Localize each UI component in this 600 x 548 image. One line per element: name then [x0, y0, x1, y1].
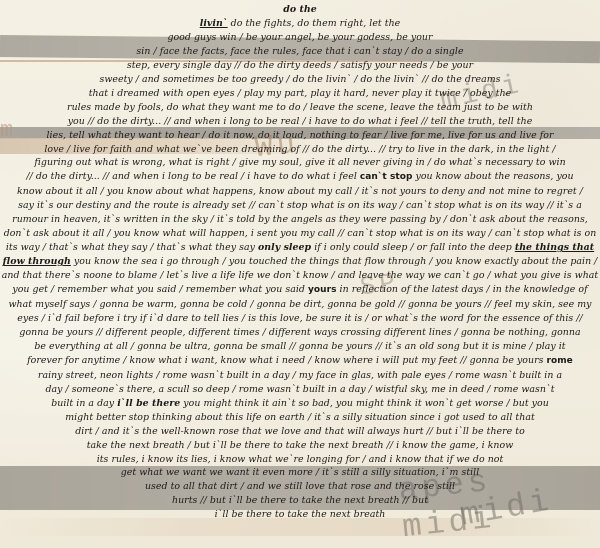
lyric-line: dirt / and it`s the well-known rose that…	[0, 425, 600, 439]
lyric-text: its way / that`s what they say / that`s …	[6, 242, 258, 253]
lyric-line: step, every single day // do the dirty d…	[0, 59, 600, 73]
lyric-line: day / someone`s there, a scull so deep /…	[0, 383, 600, 397]
lyric-text: take the next breath / but i`ll be there…	[87, 440, 514, 451]
lyric-text: good guys win / be your angel, be your g…	[167, 32, 432, 43]
lyric-text: say it`s our destiny and the route is al…	[18, 200, 582, 211]
lyric-line: might better stop thinking about this li…	[0, 411, 600, 425]
song-title-marker: do the	[283, 4, 316, 15]
lyric-text: rumour in heaven, it`s written in the sk…	[12, 214, 588, 225]
lyric-text: day / someone`s there, a scull so deep /…	[45, 384, 554, 395]
lyric-text: don`t ask about it all / you know what w…	[4, 228, 597, 239]
lyric-line: that i dreamed with open eyes / play my …	[0, 87, 600, 101]
lyric-text: know about it all / you know about what …	[17, 186, 583, 197]
lyric-text: dirt / and it`s the well-known rose that…	[75, 426, 525, 437]
lyric-text: used to all that dirt / and we still lov…	[145, 481, 455, 492]
lyric-text: rules made by fools, do what they want m…	[67, 102, 533, 113]
lyric-text: its rules, i know its lies, i know what …	[97, 454, 504, 465]
lyric-text: in reflection of the latest days / in th…	[337, 284, 588, 295]
lyric-line: love / live for faith and what we`ve bee…	[0, 143, 600, 157]
lyric-text: be everything at all / gonna be ultra, g…	[34, 341, 565, 352]
lyric-text: do the fights, do them right, let the	[228, 18, 401, 29]
lyric-line: its way / that`s what they say / that`s …	[0, 241, 600, 255]
lyric-text: might better stop thinking about this li…	[65, 412, 535, 423]
lyrics-text-block: do thelivin` do the fights, do them righ…	[0, 3, 600, 522]
lyric-line: sweety / and sometimes be too greedy / d…	[0, 73, 600, 87]
lyric-line: forever for anytime / know what i want, …	[0, 354, 600, 369]
lyric-text: sin / face the facts, face the rules, fa…	[136, 46, 463, 57]
lyric-line: what myself says / gonna be warm, gonna …	[0, 298, 600, 312]
lyric-text: step, every single day // do the dirty d…	[127, 60, 473, 71]
lyric-text: get what we want we want it even more / …	[121, 467, 480, 478]
lyric-line: eyes / i`d fail before i try if i`d dare…	[0, 312, 600, 326]
lyric-text: i`ll be there to take the next breath	[215, 509, 386, 520]
lyric-text: rainy street, neon lights / rome wasn`t …	[38, 370, 562, 381]
lyric-text: gonna be yours // different people, diff…	[19, 327, 580, 338]
lyric-text: you // do the dirty... // and when i lon…	[68, 116, 533, 127]
song-title-marker: flow through	[3, 256, 71, 267]
song-title-marker: i`ll be there	[117, 398, 180, 409]
lyric-text: you know the sea i go through / you touc…	[71, 256, 598, 267]
lyric-line: rumour in heaven, it`s written in the sk…	[0, 213, 600, 227]
lyric-text: // do the dirty... // and when i long to…	[26, 171, 359, 182]
lyric-line: say it`s our destiny and the route is al…	[0, 199, 600, 213]
lyric-line: flow through you know the sea i go throu…	[0, 255, 600, 269]
lyric-text: love / live for faith and what we`ve bee…	[44, 144, 555, 155]
lyric-line: don`t ask about it all / you know what w…	[0, 227, 600, 241]
lyric-line: do the	[0, 3, 600, 17]
lyric-line: you get / remember what you said / remem…	[0, 283, 600, 298]
lyric-line: built in a day i`ll be there you might t…	[0, 397, 600, 411]
lyric-line: lies, tell what they want to hear / do i…	[0, 129, 600, 143]
lyric-line: good guys win / be your angel, be your g…	[0, 31, 600, 45]
song-title-marker: livin`	[200, 18, 228, 29]
lyric-line: gonna be yours // different people, diff…	[0, 326, 600, 340]
lyric-text: built in a day	[51, 398, 117, 409]
lyric-text: if i only could sleep / or fall into the…	[311, 242, 515, 253]
lyric-text: what myself says / gonna be warm, gonna …	[8, 299, 591, 310]
lyric-text: lies, tell what they want to hear / do i…	[47, 130, 554, 141]
lyric-text: you know about the reasons, you	[412, 171, 573, 182]
lyric-line: rules made by fools, do what they want m…	[0, 101, 600, 115]
lyric-line: figuring out what is wrong, what is righ…	[0, 156, 600, 170]
lyric-line: know about it all / you know about what …	[0, 185, 600, 199]
lyric-line: i`ll be there to take the next breath	[0, 508, 600, 522]
song-title-marker: rome	[547, 356, 573, 366]
lyric-line: get what we want we want it even more / …	[0, 466, 600, 480]
lyric-text: hurts // but i`ll be there to take the n…	[172, 495, 428, 506]
lyric-line: be everything at all / gonna be ultra, g…	[0, 340, 600, 354]
lyric-text: you might think it ain`t so bad, you mig…	[180, 398, 549, 409]
lyric-line: hurts // but i`ll be there to take the n…	[0, 494, 600, 508]
lyric-text: you get / remember what you said / remem…	[12, 284, 308, 295]
lyric-text: figuring out what is wrong, what is righ…	[34, 157, 565, 168]
lyric-line: sin / face the facts, face the rules, fa…	[0, 45, 600, 59]
lyric-line: rainy street, neon lights / rome wasn`t …	[0, 369, 600, 383]
lyric-line: take the next breath / but i`ll be there…	[0, 439, 600, 453]
lyric-line: and that there`s noone to blame / let`s …	[0, 269, 600, 283]
song-title-marker: only sleep	[258, 242, 311, 253]
lyric-line: you // do the dirty... // and when i lon…	[0, 115, 600, 129]
lyric-text: sweety / and sometimes be too greedy / d…	[99, 74, 500, 85]
song-title-marker: can`t stop	[360, 172, 413, 182]
lyric-line: livin` do the fights, do them right, let…	[0, 17, 600, 31]
lyric-line: used to all that dirt / and we still lov…	[0, 480, 600, 494]
lyric-text: that i dreamed with open eyes / play my …	[89, 88, 512, 99]
lyric-text: forever for anytime / know what i want, …	[27, 355, 546, 366]
lyric-line: its rules, i know its lies, i know what …	[0, 453, 600, 467]
song-title-marker: yours	[308, 285, 337, 295]
lyric-line: // do the dirty... // and when i long to…	[0, 170, 600, 185]
lyric-text: and that there`s noone to blame / let`s …	[2, 270, 599, 281]
lyric-text: eyes / i`d fail before i try if i`d dare…	[17, 313, 582, 324]
song-title-marker: the things that	[515, 242, 594, 253]
